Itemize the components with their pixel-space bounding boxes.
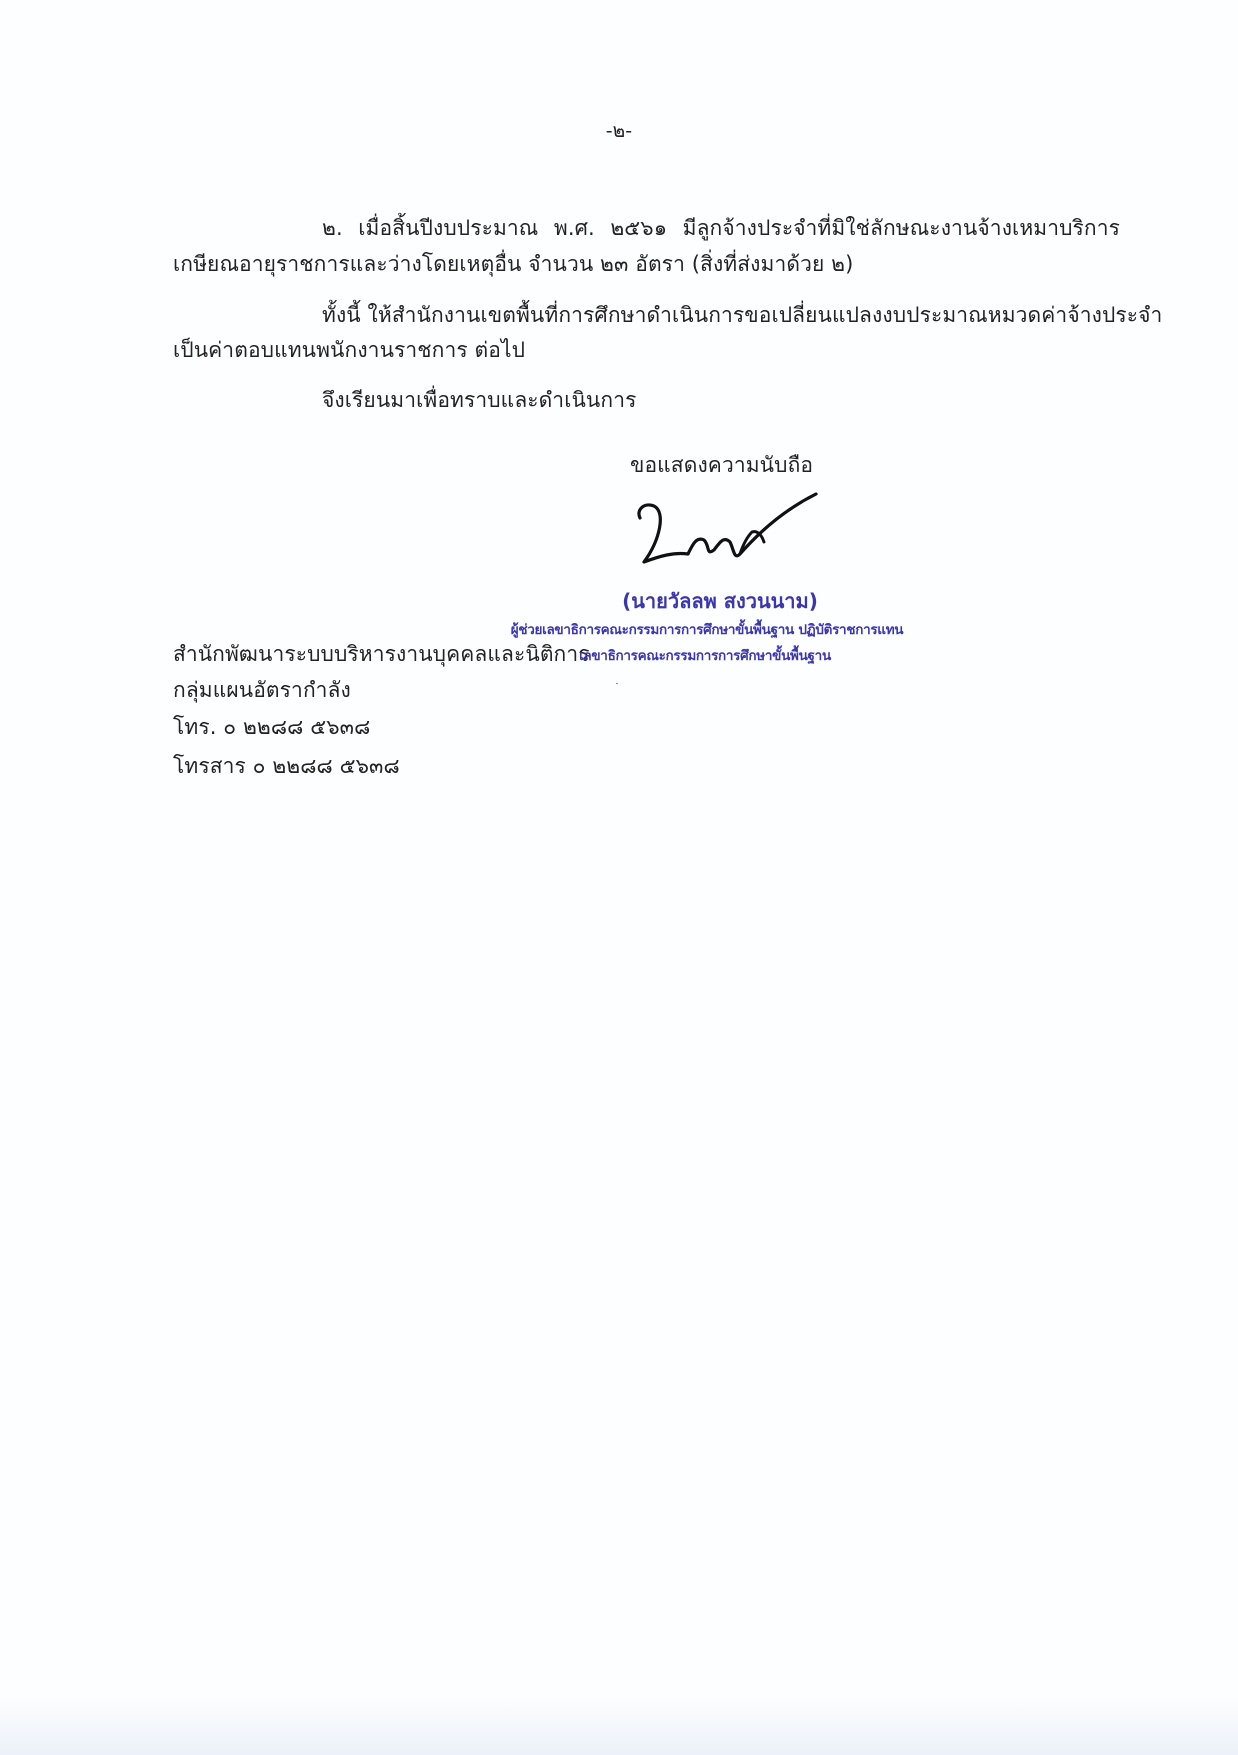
- office-name: สำนักพัฒนาระบบบริหารงานบุคคลและนิติการ: [173, 640, 590, 668]
- phone-number: โทร. ๐ ๒๒๘๘ ๕๖๓๘: [173, 713, 370, 741]
- scan-shadow: [0, 1695, 1238, 1755]
- group-name: กลุ่มแผนอัตรากำลัง: [173, 676, 351, 704]
- paragraph-1-line-1: ๒. เมื่อสิ้นปีงบประมาณ พ.ศ. ๒๕๖๑ มีลูกจ้…: [322, 214, 1120, 242]
- paragraph-2-line-2: เป็นค่าตอบแทนพนักงานราชการ ต่อไป: [173, 336, 525, 364]
- scan-speck: [616, 683, 618, 684]
- signer-position-line-1: ผู้ช่วยเลขาธิการคณะกรรมการการศึกษาขั้นพื…: [487, 618, 927, 640]
- complimentary-close: ขอแสดงความนับถือ: [630, 451, 813, 479]
- page-number: -๒-: [0, 117, 1238, 145]
- paragraph-2-line-1: ทั้งนี้ ให้สำนักงานเขตพื้นที่การศึกษาดำเ…: [322, 301, 1120, 329]
- signer-position-line-2: เลขาธิการคณะกรรมการการศึกษาขั้นพื้นฐาน: [565, 644, 845, 666]
- closing-statement: จึงเรียนมาเพื่อทราบและดำเนินการ: [322, 386, 636, 414]
- signer-name: (นายวัลลพ สงวนนาม): [560, 585, 880, 617]
- paragraph-1-line-2: เกษียณอายุราชการและว่างโดยเหตุอื่น จำนวน…: [173, 250, 853, 278]
- fax-number: โทรสาร ๐ ๒๒๘๘ ๕๖๓๘: [173, 752, 400, 780]
- signature-icon: [630, 490, 830, 580]
